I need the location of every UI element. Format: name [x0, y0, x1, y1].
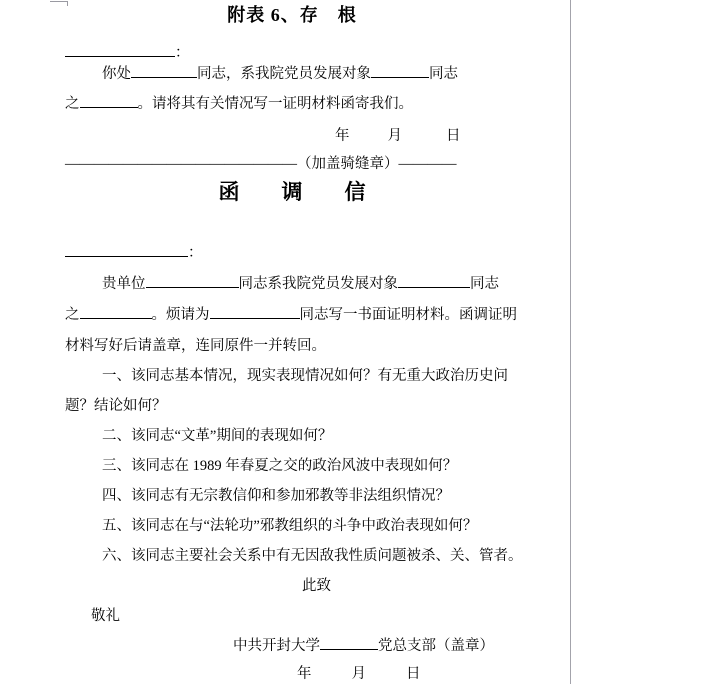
- divider-dashes-left: ————————————————: [65, 156, 297, 172]
- stub-title: 附表 6、存 根: [0, 5, 584, 25]
- letter-date-line: 年月日: [65, 664, 720, 684]
- letter-intro-text: 同志写一书面证明材料。函调证明: [300, 307, 518, 323]
- blank-underline: [131, 64, 197, 78]
- letter-title: 函 调 信: [0, 182, 584, 202]
- letter-intro-line-3: 材料写好后请盖章，连同原件一并转回。: [65, 336, 525, 356]
- stub-body-line-2: 之。请将其有关情况写一证明材料函寄我们。: [65, 94, 525, 114]
- blank-underline: [80, 94, 138, 108]
- signature-branch: 党总支部（盖章）: [378, 638, 494, 654]
- blank-underline: [65, 43, 175, 57]
- letter-intro-text: 同志系我院党员发展对象: [239, 276, 399, 292]
- letter-intro-line-2: 之。烦请为同志写一书面证明材料。函调证明: [65, 305, 525, 325]
- date-day: 日: [406, 666, 421, 682]
- letter-intro-line-1: 贵单位同志系我院党员发展对象同志: [65, 274, 562, 294]
- stub-body-text: 。请将其有关情况写一证明材料函寄我们。: [138, 96, 414, 112]
- date-month: 月: [352, 666, 367, 682]
- date-month: 月: [388, 128, 403, 144]
- item-1-line-2: 题？结论如何？: [65, 396, 525, 416]
- closing-cizhi: 此致: [65, 576, 720, 596]
- blank-underline: [398, 274, 470, 288]
- date-year: 年: [297, 666, 312, 682]
- blank-underline: [80, 305, 152, 319]
- seam-seal-divider: ————————————————（加盖骑缝章）————: [65, 154, 525, 174]
- stub-date-line: 年月日: [65, 126, 720, 146]
- salutation-colon: ：: [175, 45, 190, 61]
- salutation-colon: ：: [188, 245, 203, 261]
- letter-salutation-line: ：: [65, 243, 525, 263]
- item-6: 六、该同志主要社会关系中有无因敌我性质问题被杀、关、管者。: [65, 546, 562, 566]
- item-4: 四、该同志有无宗教信仰和参加邪教等非法组织情况？: [65, 486, 562, 506]
- stub-body-line-1: 你处同志，系我院党员发展对象同志: [65, 64, 562, 84]
- blank-underline: [210, 305, 300, 319]
- date-day: 日: [446, 128, 461, 144]
- blank-underline: [146, 274, 239, 288]
- stub-salutation-line: ：: [65, 43, 525, 63]
- blank-underline: [65, 243, 188, 257]
- signature-line: 中共开封大学党总支部（盖章）: [65, 636, 693, 656]
- stub-body-text: 同志，系我院党员发展对象: [197, 66, 371, 82]
- document-page: 附表 6、存 根 ： 你处同志，系我院党员发展对象同志 之。请将其有关情况写一证…: [0, 0, 720, 684]
- divider-dashes-right: ————: [399, 156, 457, 172]
- signature-org: 中共开封大学: [233, 638, 320, 654]
- letter-intro-text: 贵单位: [102, 276, 146, 292]
- letter-intro-text: 同志: [470, 276, 499, 292]
- blank-underline: [371, 64, 429, 78]
- stub-body-text: 同志: [429, 66, 458, 82]
- item-1-line-1: 一、该同志基本情况，现实表现情况如何？有无重大政治历史问: [65, 366, 562, 386]
- blank-underline: [320, 636, 378, 650]
- item-2: 二、该同志“文革”期间的表现如何？: [65, 426, 562, 446]
- item-5: 五、该同志在与“法轮功”邪教组织的斗争中政治表现如何？: [65, 516, 562, 536]
- stub-body-text: 之: [65, 96, 80, 112]
- closing-jingli: 敬礼: [65, 606, 551, 626]
- letter-intro-text: 。烦请为: [152, 307, 210, 323]
- letter-intro-text: 之: [65, 307, 80, 323]
- item-3: 三、该同志在 1989 年春夏之交的政治风波中表现如何？: [65, 456, 562, 476]
- divider-label: （加盖骑缝章）: [297, 156, 399, 172]
- stub-body-text: 你处: [102, 66, 131, 82]
- date-year: 年: [335, 128, 350, 144]
